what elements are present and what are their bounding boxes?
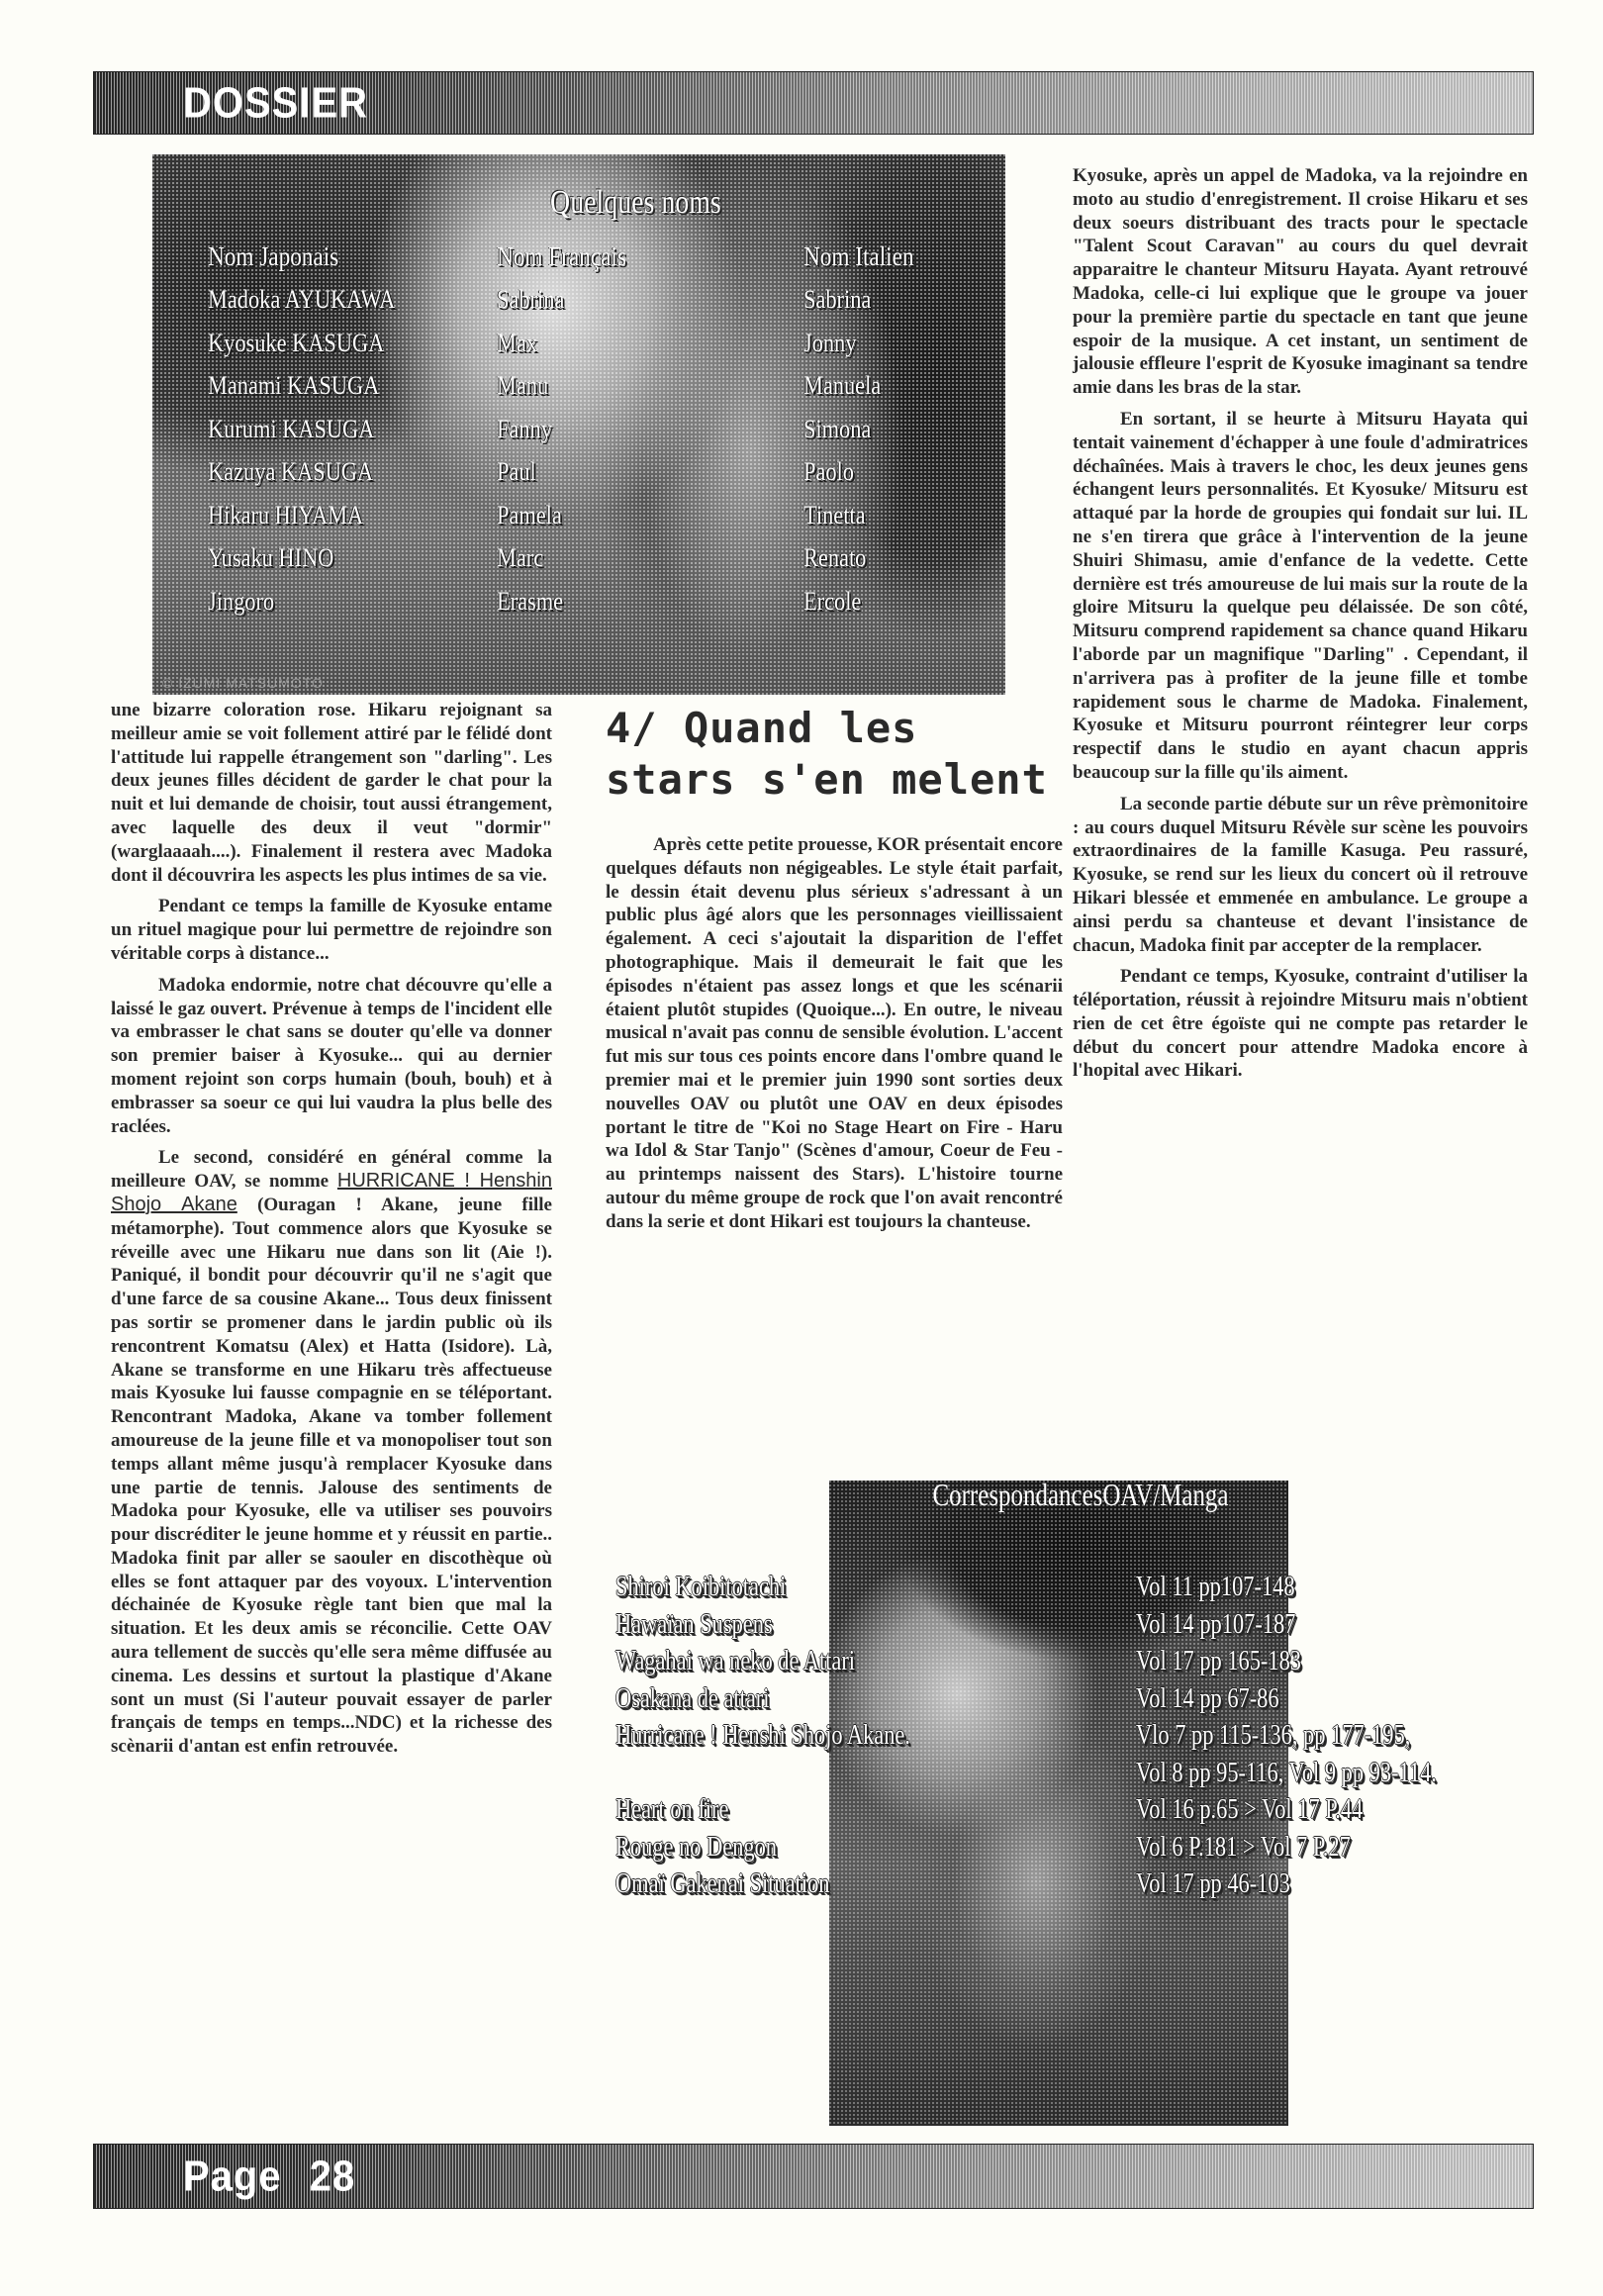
paragraph: une bizarre coloration rose. Hikaru rejo… xyxy=(111,699,552,887)
french-name: Marc xyxy=(497,543,761,573)
manga-reference: Vol 11 pp107-148 xyxy=(1136,1572,1295,1603)
correspondence-row: Heart on fire Vol 16 p.65 > Vol 17 P.44 xyxy=(606,1794,1546,1832)
japanese-name: Hikaru HIYAMA xyxy=(208,501,456,530)
manga-reference: Vol 8 pp 95-116, Vol 9 pp 93-114. xyxy=(1136,1758,1437,1789)
manga-reference: Vol 14 pp107-187 xyxy=(1136,1609,1295,1641)
names-row: Kazuya KASUGA Paul Paolo xyxy=(208,451,1001,495)
manga-reference: Vol 17 pp 46-103 xyxy=(1136,1868,1290,1900)
oav-title: Hawaïan Suspens xyxy=(615,1609,773,1641)
names-row: Jingoro Erasme Ercole xyxy=(208,580,1001,623)
japanese-name: Kyosuke KASUGA xyxy=(208,329,456,358)
french-name: Paul xyxy=(497,457,761,487)
names-row: Madoka AYUKAWA Sabrina Sabrina xyxy=(208,279,1001,323)
paragraph: Kyosuke, après un appel de Madoka, va la… xyxy=(1073,164,1528,400)
column-header-french: Nom Français xyxy=(497,241,761,272)
japanese-name: Manami KASUGA xyxy=(208,371,456,401)
italian-name: Manuela xyxy=(803,371,974,401)
paragraph: La seconde partie débute sur un rêve prè… xyxy=(1073,793,1528,958)
oav-title: Omaï Gakenai Situation xyxy=(615,1868,829,1900)
italian-name: Tinetta xyxy=(803,501,974,530)
correspondence-row: Osakana de attari Vol 14 pp 67-86 xyxy=(606,1683,1546,1721)
manga-reference: Vol 6 P.181 > Vol 7 P.27 xyxy=(1136,1832,1351,1864)
japanese-name: Madoka AYUKAWA xyxy=(208,285,456,315)
column-header-italian: Nom Italien xyxy=(803,241,974,272)
oav-title: Osakana de attari xyxy=(615,1683,769,1715)
names-row: Hikaru HIYAMA Pamela Tinetta xyxy=(208,494,1001,537)
italian-name: Simona xyxy=(803,415,974,444)
italian-name: Jonny xyxy=(803,329,974,358)
header-banner: DOSSIER xyxy=(93,71,1534,135)
footer-banner: Page 28 xyxy=(93,2144,1534,2209)
paragraph-text: (Ouragan ! Akane, jeune fille métamorphe… xyxy=(111,1195,552,1757)
paragraph: Après cette petite prouesse, KOR présent… xyxy=(606,833,1063,1234)
manga-reference: Vol 17 pp 165-183 xyxy=(1136,1646,1301,1677)
paragraph: Pendant ce temps, Kyosuke, contraint d'u… xyxy=(1073,965,1528,1083)
paragraph: Le second, considéré en général comme la… xyxy=(111,1146,552,1759)
names-photo-box: Quelques noms Nom Japonais Nom Français … xyxy=(152,154,1005,695)
correspondence-row: Wagahai wa neko de Attari Vol 17 pp 165-… xyxy=(606,1646,1546,1683)
names-row: Kurumi KASUGA Fanny Simona xyxy=(208,408,1001,451)
correspondences-list: Shiroi Koibitotachi Vol 11 pp107-148 Haw… xyxy=(606,1572,1546,1906)
names-table: Nom Japonais Nom Français Nom Italien Ma… xyxy=(208,236,1001,623)
names-row: Kyosuke KASUGA Max Jonny xyxy=(208,322,1001,365)
french-name: Sabrina xyxy=(497,285,761,315)
oav-title: Heart on fire xyxy=(615,1794,728,1826)
italian-name: Renato xyxy=(803,543,974,573)
names-box-title: Quelques noms xyxy=(230,184,929,222)
japanese-name: Kazuya KASUGA xyxy=(208,457,456,487)
correspondence-row: Hawaïan Suspens Vol 14 pp107-187 xyxy=(606,1609,1546,1647)
paragraph: En sortant, il se heurte à Mitsuru Hayat… xyxy=(1073,408,1528,785)
image-credit: © IZUMI MATSUMOTO xyxy=(162,675,324,691)
right-column: Kyosuke, après un appel de Madoka, va la… xyxy=(1073,164,1528,1091)
correspondence-row: Rouge no Dengon Vol 6 P.181 > Vol 7 P.27 xyxy=(606,1832,1546,1869)
names-row: Yusaku HINO Marc Renato xyxy=(208,537,1001,581)
oav-title: Hurricane ! Henshi Shojo Akane. xyxy=(615,1720,910,1752)
correspondence-row: Hurricane ! Henshi Shojo Akane. Vlo 7 pp… xyxy=(606,1720,1546,1758)
french-name: Erasme xyxy=(497,587,761,617)
italian-name: Sabrina xyxy=(803,285,974,315)
left-column: une bizarre coloration rose. Hikaru rejo… xyxy=(111,699,552,1767)
correspondence-row-continued: Vol 8 pp 95-116, Vol 9 pp 93-114. xyxy=(606,1758,1546,1795)
oav-title: Shiroi Koibitotachi xyxy=(615,1572,786,1603)
french-name: Max xyxy=(497,329,761,358)
names-row: Manami KASUGA Manu Manuela xyxy=(208,365,1001,409)
japanese-name: Kurumi KASUGA xyxy=(208,415,456,444)
page-number: Page 28 xyxy=(183,2152,355,2202)
italian-name: Paolo xyxy=(803,457,974,487)
japanese-name: Jingoro xyxy=(208,587,456,617)
section-heading: 4/ Quand les stars s'en melent xyxy=(606,703,1061,806)
manga-reference: Vlo 7 pp 115-136, pp 177-195, xyxy=(1136,1720,1410,1752)
correspondence-row: Shiroi Koibitotachi Vol 11 pp107-148 xyxy=(606,1572,1546,1609)
oav-title: Wagahai wa neko de Attari xyxy=(615,1646,855,1677)
paragraph: Madoka endormie, notre chat découvre qu'… xyxy=(111,974,552,1139)
correspondences-title: CorrespondancesOAV/Manga xyxy=(926,1477,1235,1513)
correspondence-row: Omaï Gakenai Situation Vol 17 pp 46-103 xyxy=(606,1868,1546,1906)
manga-reference: Vol 16 p.65 > Vol 17 P.44 xyxy=(1136,1794,1363,1826)
french-name: Pamela xyxy=(497,501,761,530)
column-header-japanese: Nom Japonais xyxy=(208,241,456,272)
french-name: Fanny xyxy=(497,415,761,444)
french-name: Manu xyxy=(497,371,761,401)
oav-title: Rouge no Dengon xyxy=(615,1832,777,1864)
section-label: DOSSIER xyxy=(183,79,368,129)
japanese-name: Yusaku HINO xyxy=(208,543,456,573)
italian-name: Ercole xyxy=(803,587,974,617)
middle-column: Après cette petite prouesse, KOR présent… xyxy=(606,833,1063,1242)
names-header-row: Nom Japonais Nom Français Nom Italien xyxy=(208,236,1001,279)
manga-reference: Vol 14 pp 67-86 xyxy=(1136,1683,1279,1715)
paragraph: Pendant ce temps la famille de Kyosuke e… xyxy=(111,895,552,965)
